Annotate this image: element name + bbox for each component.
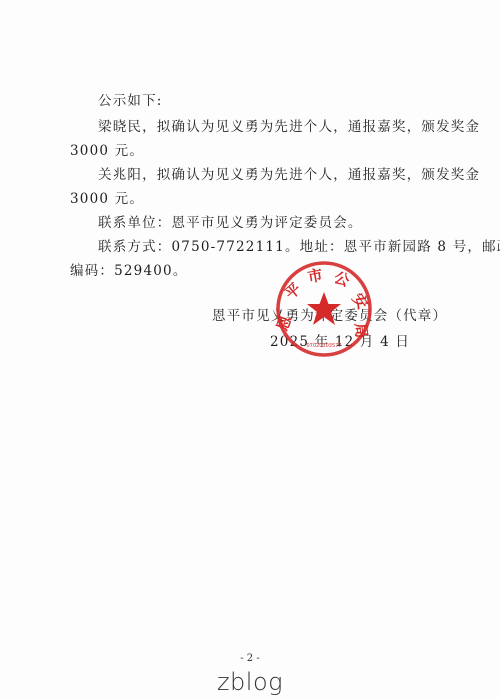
page-number: - 2 - — [0, 653, 500, 664]
svg-text:局: 局 — [351, 322, 370, 339]
svg-text:恩: 恩 — [274, 312, 296, 333]
watermark: zblog — [0, 668, 500, 696]
contact-info-line-2: 编码：529400。 — [70, 262, 188, 280]
official-seal-icon: 恩 平 市 公 安 局 07020303577 — [274, 259, 374, 359]
svg-text:市: 市 — [306, 266, 324, 286]
document-page: 公示如下: 梁晓民，拟确认为见义勇为先进个人，通报嘉奖，颁发奖金 3000 元。… — [0, 0, 500, 698]
award-paragraph-1-line-1: 梁晓民，拟确认为见义勇为先进个人，通报嘉奖，颁发奖金 — [98, 118, 480, 136]
award-paragraph-2-line-1: 关兆阳，拟确认为见义勇为先进个人，通报嘉奖，颁发奖金 — [98, 166, 480, 184]
award-paragraph-1-line-2: 3000 元。 — [70, 142, 144, 160]
intro-text: 公示如下: — [98, 92, 163, 110]
contact-unit: 联系单位：恩平市见义勇为评定委员会。 — [98, 214, 363, 232]
svg-text:公: 公 — [332, 268, 353, 290]
contact-info-line-1: 联系方式：0750-7722111。地址：恩平市新园路 8 号，邮政 — [98, 238, 500, 256]
svg-text:07020303577: 07020303577 — [307, 343, 342, 349]
award-paragraph-2-line-2: 3000 元。 — [70, 190, 144, 208]
